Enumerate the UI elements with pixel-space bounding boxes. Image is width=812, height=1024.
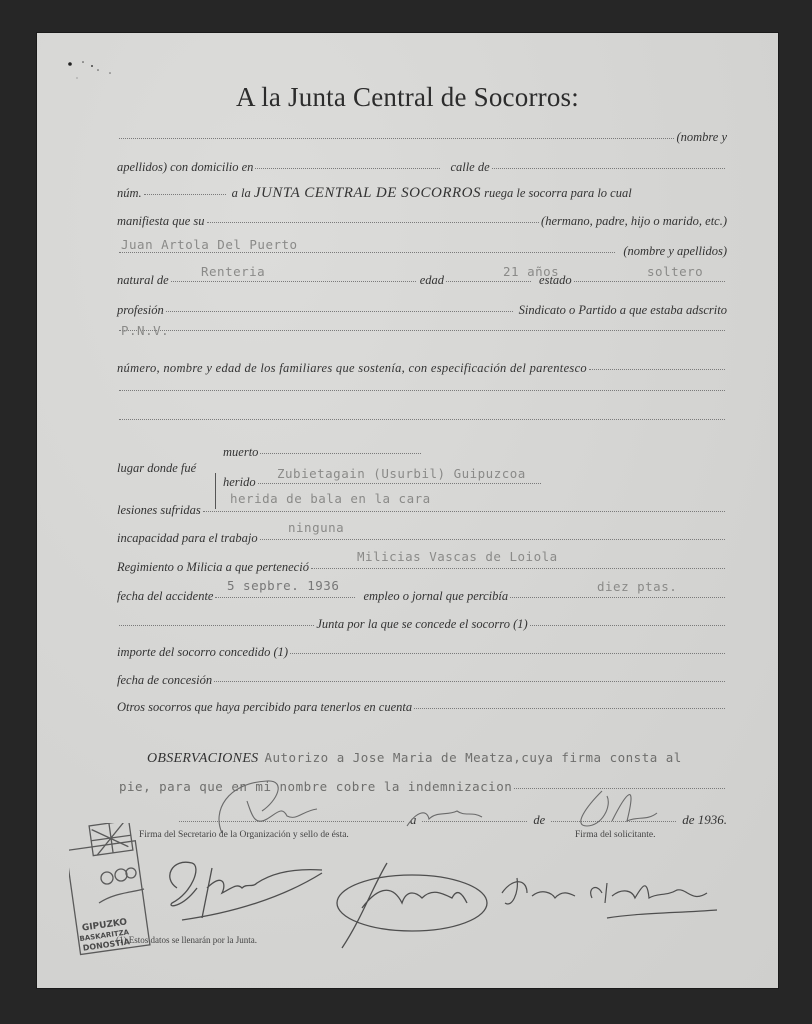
lesiones-field[interactable] (203, 510, 725, 512)
row-partido (117, 331, 727, 333)
value-regimiento: Milicias Vascas de Loiola (357, 549, 558, 564)
row-fecha-concesion: fecha de concesión (117, 673, 727, 688)
row-manifiesta: manifiesta que su (hermano, padre, hijo … (117, 214, 727, 229)
label-parentesco-hint: (hermano, padre, hijo o marido, etc.) (541, 214, 727, 229)
label-regimiento: Regimiento o Milicia a que perteneció (117, 560, 309, 575)
row-nombre: (nombre y (117, 130, 727, 145)
label-familiares: número, nombre y edad de los familiares … (117, 361, 587, 376)
familiares-field-2[interactable] (119, 389, 725, 391)
estado-field[interactable] (574, 280, 725, 282)
row-familiares: número, nombre y edad de los familiares … (117, 361, 727, 376)
label-observaciones: OBSERVACIONES (147, 751, 258, 767)
value-fecha-accidente: 5 sepbre. 1936 (227, 578, 339, 593)
value-natural: Renteria (201, 264, 265, 279)
row-incapacidad: incapacidad para el trabajo (117, 531, 727, 546)
label-otros-socorros: Otros socorros que haya percibido para t… (117, 700, 412, 715)
importe-field[interactable] (290, 652, 725, 654)
label-calle: calle de (450, 160, 489, 175)
form-title: A la Junta Central de Socorros: (37, 82, 778, 113)
label-fecha-accidente: fecha del accidente (117, 589, 213, 604)
regimiento-field[interactable] (311, 567, 725, 569)
label-lesiones: lesiones sufridas (117, 503, 201, 518)
value-edad: 21 años (503, 264, 559, 279)
row-importe: importe del socorro concedido (1) (117, 645, 727, 660)
parentesco-field[interactable] (207, 221, 540, 223)
label-importe: importe del socorro concedido (1) (117, 645, 288, 660)
row-junta-concede: Junta por la que se concede el socorro (… (117, 617, 727, 632)
value-incapacidad: ninguna (288, 520, 344, 535)
value-estado: soltero (647, 264, 703, 279)
calle-field[interactable] (492, 167, 725, 169)
num-field[interactable] (144, 193, 226, 195)
row-profesion: profesión Sindicato o Partido a que esta… (117, 303, 727, 318)
value-herido: Zubietagain (Usurbil) Guipuzcoa (277, 466, 526, 481)
jornal-field[interactable] (510, 596, 725, 598)
label-sindicato: Sindicato o Partido a que estaba adscrit… (519, 303, 727, 318)
label-nombre-apellidos: (nombre y apellidos) (623, 244, 727, 259)
otros-socorros-field[interactable] (414, 707, 725, 709)
label-firma-solicitante: Firma del solicitante. (575, 830, 655, 840)
row-otros-socorros: Otros socorros que haya percibido para t… (117, 700, 727, 715)
applicant-signature-icon (497, 868, 737, 933)
label-a-la: a la (232, 186, 251, 201)
application-form: A la Junta Central de Socorros: (nombre … (37, 33, 778, 988)
edad-field[interactable] (446, 280, 531, 282)
label-lugar-donde-fue-row: lugar donde fué (117, 461, 196, 476)
label-edad: edad (420, 273, 444, 288)
incapacidad-field[interactable] (260, 538, 725, 540)
value-partido: P.N.V. (121, 323, 169, 338)
natural-field[interactable] (171, 280, 416, 282)
fecha-concesion-field[interactable] (214, 680, 725, 682)
profesion-field[interactable] (166, 310, 513, 312)
row-observaciones: OBSERVACIONES Autorizo a Jose Maria de M… (147, 750, 727, 767)
value-nombre: Juan Artola Del Puerto (121, 237, 298, 252)
authorized-signature-icon (332, 858, 492, 953)
secretary-signature-icon (152, 848, 332, 933)
herido-field[interactable] (258, 482, 541, 484)
row-num: núm. a la JUNTA CENTRAL DE SOCORROS rueg… (117, 185, 727, 202)
muerto-field[interactable] (260, 452, 421, 454)
partido-field[interactable] (119, 329, 725, 331)
junta-concede-field[interactable] (530, 624, 725, 626)
label-domicilio: apellidos) con domicilio en (117, 160, 253, 175)
label-num: núm. (117, 186, 142, 201)
familiares-field-3[interactable] (119, 418, 725, 420)
domicilio-field[interactable] (255, 167, 440, 169)
label-firma-secretario: Firma del Secretario de la Organización … (139, 830, 349, 840)
nombre-field[interactable] (119, 137, 674, 139)
value-observaciones-1: Autorizo a Jose Maria de Meatza,cuya fir… (264, 750, 681, 765)
familiares-field[interactable] (589, 368, 725, 370)
label-ruega: ruega le socorra para lo cual (484, 186, 632, 201)
label-empleo-jornal: empleo o jornal que percibía (363, 589, 508, 604)
row-domicilio: apellidos) con domicilio en calle de (117, 160, 727, 175)
label-profesion: profesión (117, 303, 164, 318)
row-familiares-3 (117, 420, 727, 422)
junta-concede-pre-field[interactable] (119, 624, 314, 626)
row-muerto: muerto (223, 445, 423, 460)
label-nombre-y: (nombre y (676, 130, 727, 145)
fecha-accidente-field[interactable] (215, 596, 355, 598)
value-lesiones: herida de bala en la cara (230, 491, 431, 506)
label-fecha-concesion: fecha de concesión (117, 673, 212, 688)
row-familiares-2 (117, 391, 727, 393)
footnote: (1) Estos datos se llenarán por la Junta… (116, 935, 257, 945)
label-muerto: muerto (223, 445, 258, 460)
value-jornal: diez ptas. (597, 579, 677, 594)
label-junta-concede: Junta por la que se concede el socorro (… (316, 617, 527, 632)
label-junta-name: JUNTA CENTRAL DE SOCORROS (254, 185, 481, 202)
label-manifiesta: manifiesta que su (117, 214, 205, 229)
label-lugar-donde-fue: lugar donde fué (117, 461, 196, 476)
label-natural-de: natural de (117, 273, 169, 288)
organization-stamp: GIPUZKO BASKARITZA DONOSTIA (69, 823, 149, 953)
label-incapacidad: incapacidad para el trabajo (117, 531, 258, 546)
label-herido: herido (223, 475, 256, 490)
